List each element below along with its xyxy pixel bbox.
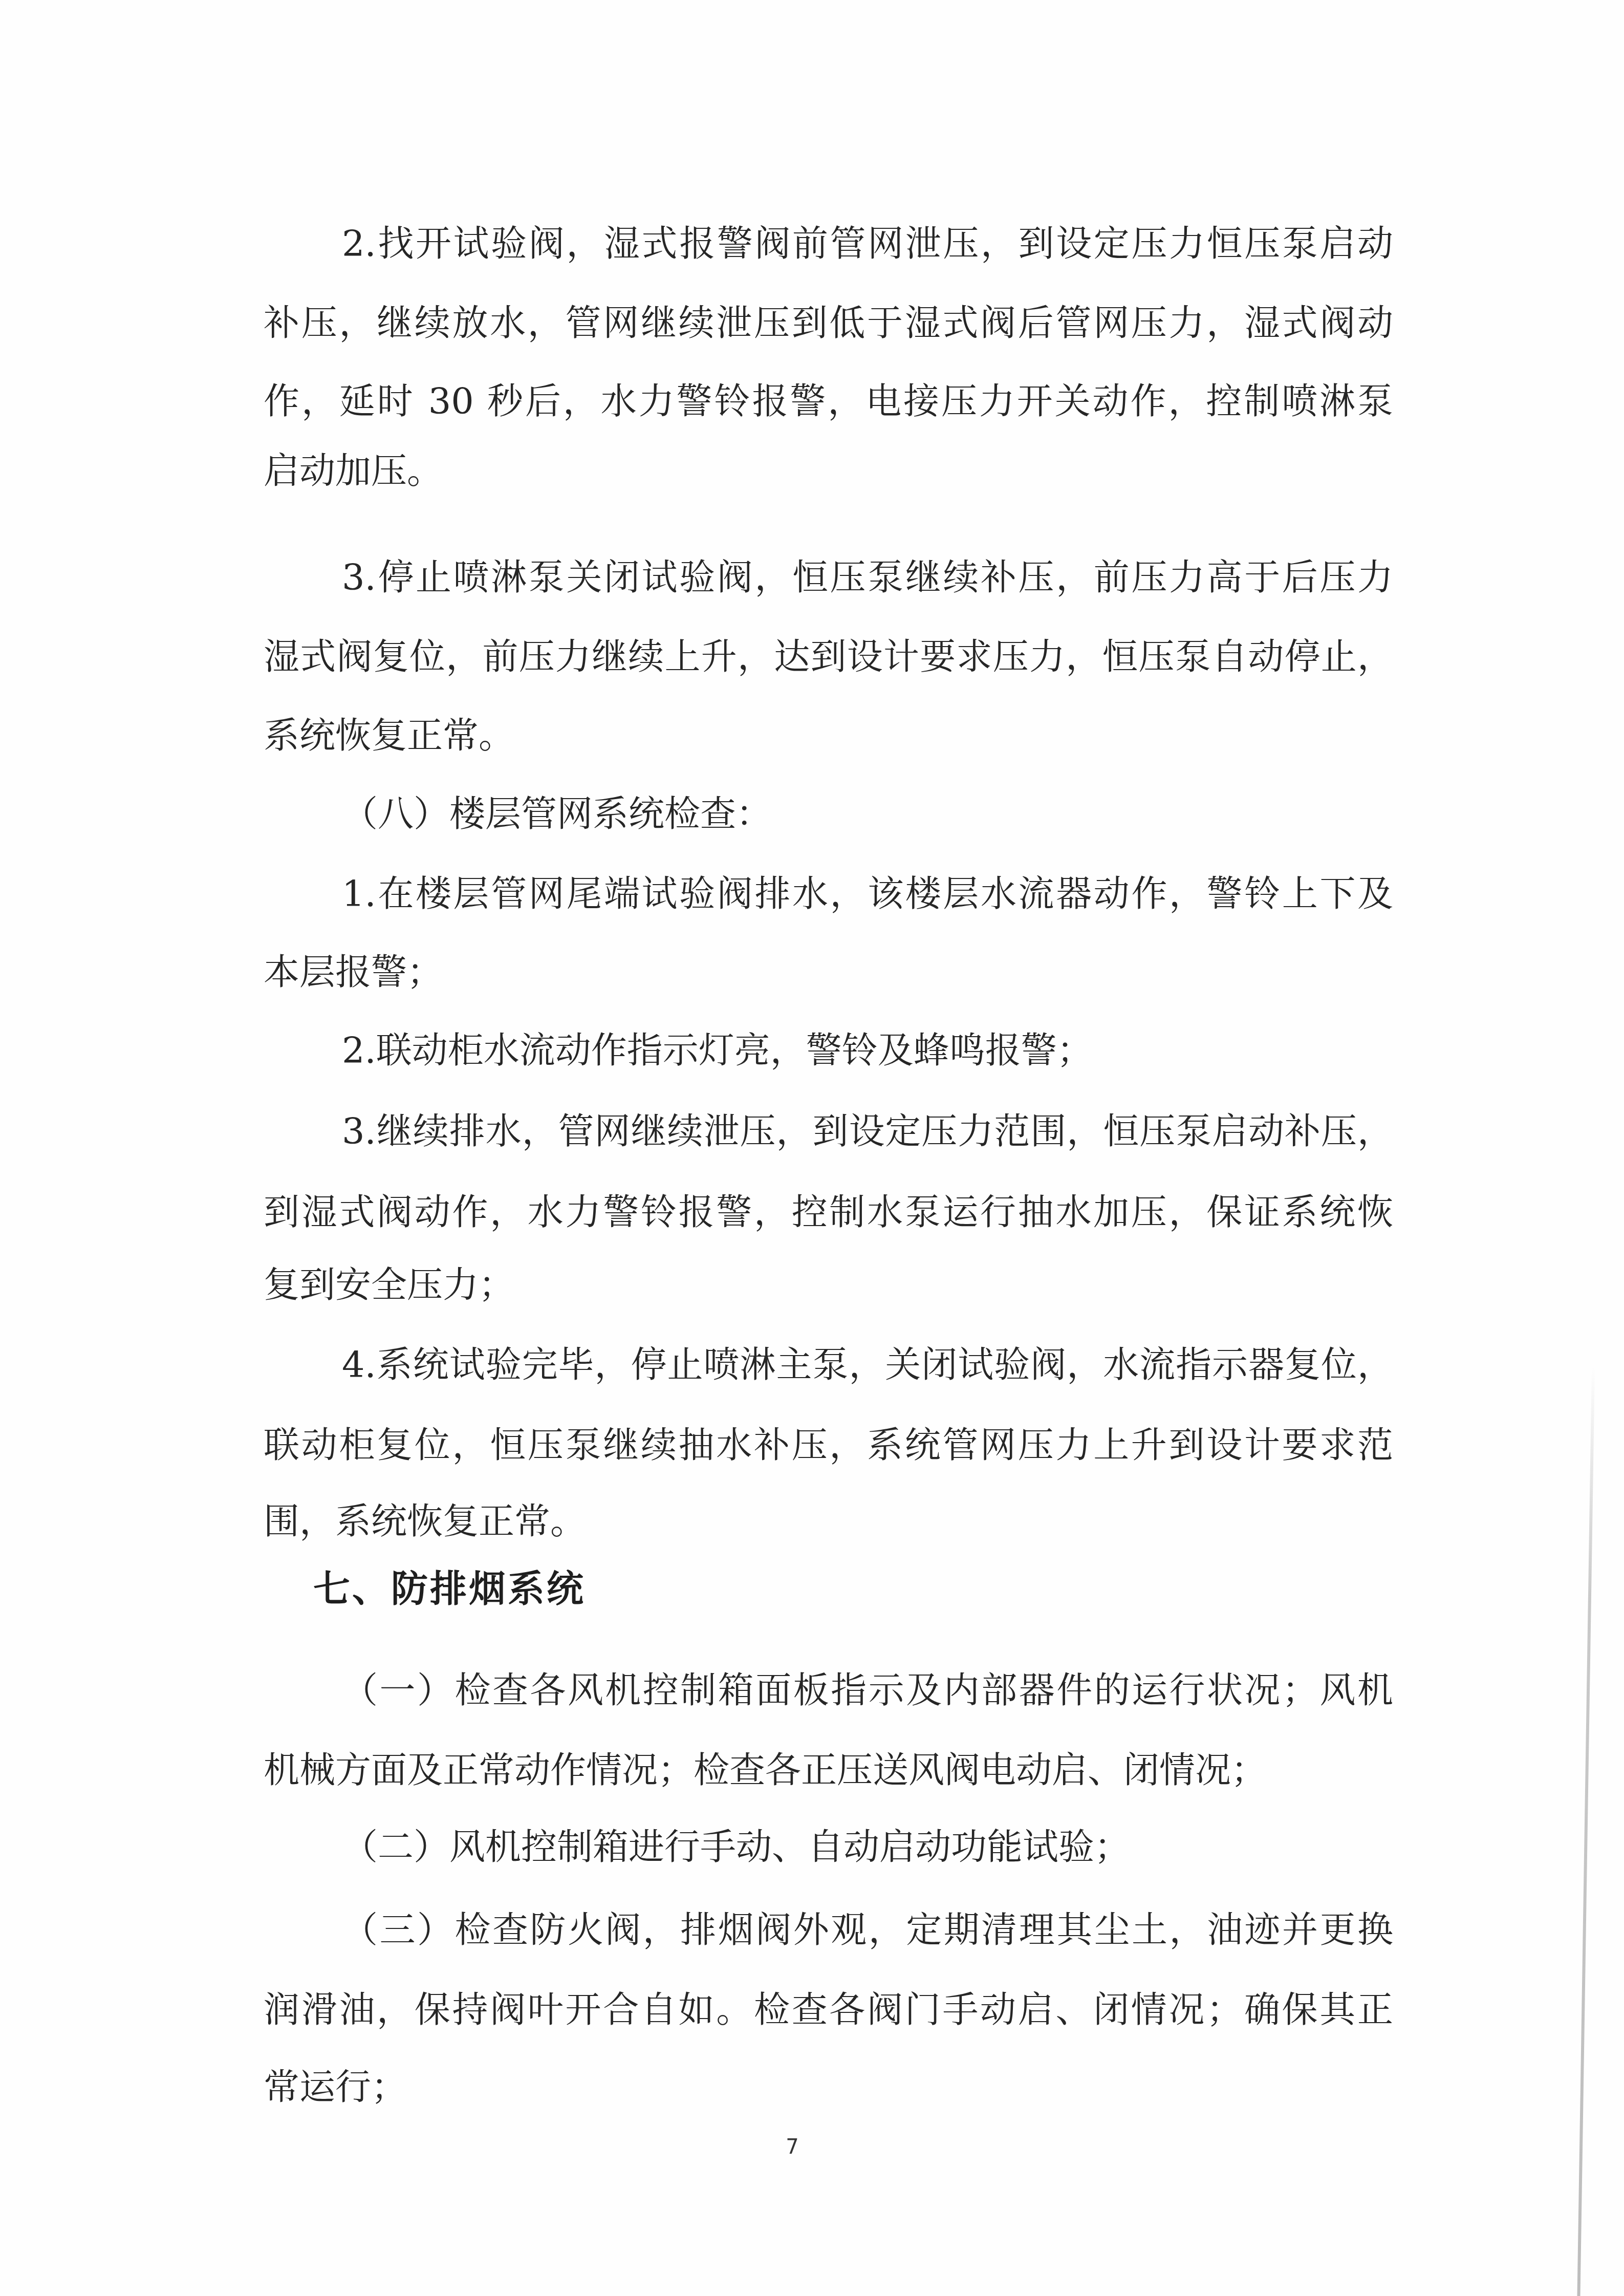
document-page: 2.找开试验阀，湿式报警阀前管网泄压，到设定压力恒压泵启动 补压，继续放水，管网… [0,0,1624,2296]
subheading-floor-pipe-check: （八）楼层管网系统检查： [342,793,1393,834]
paragraph-line: 本层报警； [264,952,1393,993]
paragraph-line: 湿式阀复位，前压力继续上升，达到设计要求压力，恒压泵自动停止， [264,636,1393,677]
paragraph-line: 2.联动柜水流动作指示灯亮，警铃及蜂鸣报警； [342,1030,1393,1071]
scan-edge-line [1577,1367,1595,2296]
paragraph-line: （一）检查各风机控制箱面板指示及内部器件的运行状况；风机 [342,1670,1393,1711]
paragraph-line: 启动加压。 [264,450,1393,491]
paragraph-line: 系统恢复正常。 [264,715,1393,756]
section-heading-smoke-control: 七、防排烟系统 [313,1567,723,1611]
paragraph-line: 机械方面及正常动作情况；检查各正压送风阀电动启、闭情况； [264,1750,1393,1791]
paragraph-line: 1.在楼层管网尾端试验阀排水，该楼层水流器动作，警铃上下及 [342,873,1393,914]
paragraph-line: 作，延时 30 秒后，水力警铃报警，电接压力开关动作，控制喷淋泵 [264,381,1393,422]
paragraph-line: 常运行； [264,2067,1393,2108]
paragraph-line: 到湿式阀动作，水力警铃报警，控制水泵运行抽水加压，保证系统恢 [264,1192,1393,1233]
paragraph-line: 4.系统试验完毕，停止喷淋主泵，关闭试验阀，水流指示器复位， [342,1344,1393,1385]
paragraph-line: （二）风机控制箱进行手动、自动启动功能试验； [342,1827,1393,1868]
paragraph-line: 3.停止喷淋泵关闭试验阀，恒压泵继续补压，前压力高于后压力 [342,557,1393,598]
paragraph-line: 复到安全压力； [264,1264,1393,1305]
paragraph-line: 补压，继续放水，管网继续泄压到低于湿式阀后管网压力，湿式阀动 [264,303,1393,344]
paragraph-line: 润滑油，保持阀叶开合自如。检查各阀门手动启、闭情况；确保其正 [264,1989,1393,2030]
paragraph-line: 联动柜复位，恒压泵继续抽水补压，系统管网压力上升到设计要求范 [264,1425,1393,1466]
paragraph-line: 围，系统恢复正常。 [264,1501,1393,1542]
paragraph-line: 2.找开试验阀，湿式报警阀前管网泄压，到设定压力恒压泵启动 [342,223,1393,264]
paragraph-line: （三）检查防火阀，排烟阀外观，定期清理其尘土，油迹并更换 [342,1909,1393,1950]
page-number: 7 [781,2134,804,2160]
paragraph-line: 3.继续排水，管网继续泄压，到设定压力范围，恒压泵启动补压， [342,1111,1393,1152]
